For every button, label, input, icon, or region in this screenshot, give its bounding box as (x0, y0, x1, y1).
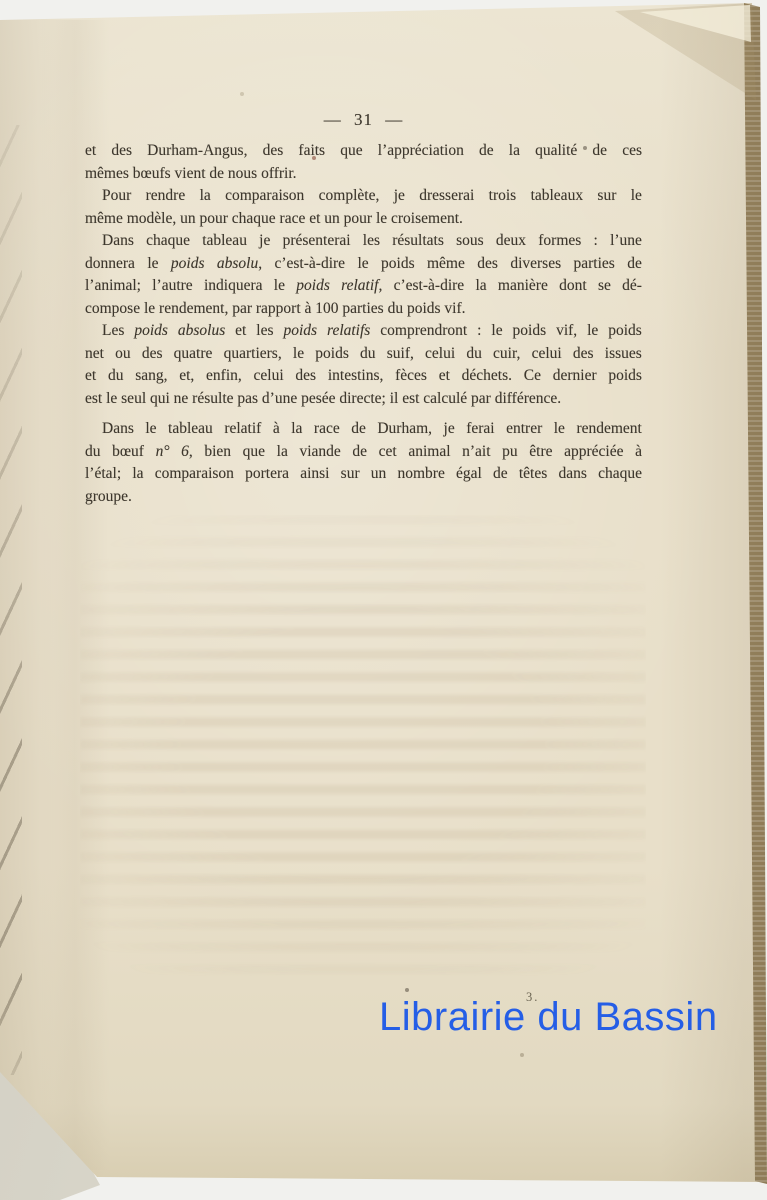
word: du (466, 343, 482, 366)
word: Durham-Angus, (147, 140, 247, 163)
word: à (635, 441, 642, 464)
reverse-side-show-through (80, 515, 646, 985)
word: être (529, 441, 552, 464)
word: l’autre (152, 275, 192, 298)
word: diverses (510, 253, 561, 276)
word: l’une (610, 230, 642, 253)
word: quartiers, (224, 343, 282, 366)
word: de (352, 441, 367, 464)
word: issues (605, 343, 642, 366)
word: ou (115, 343, 131, 366)
word: complète, (319, 185, 380, 208)
word: chaque (146, 230, 190, 253)
word: : (594, 230, 598, 253)
word: de (493, 463, 508, 486)
word: le (357, 253, 368, 276)
text-segment: groupe. (85, 488, 132, 505)
word: dernier (553, 365, 597, 388)
text-line: etdesDurham-Angus,desfaitsquel’appréciat… (85, 140, 642, 163)
word: des (142, 343, 163, 366)
word: des (295, 365, 316, 388)
word: que (243, 441, 265, 464)
text-line: même modèle, un pour chaque race et un p… (85, 208, 642, 231)
paragraph: Lespoidsabsolusetlespoidsrelatifscompren… (85, 320, 642, 410)
word: sous (456, 230, 484, 253)
word: ferai (466, 418, 494, 441)
word: de (627, 253, 642, 276)
word: de (479, 140, 494, 163)
word: poids (608, 365, 642, 388)
word: du (360, 343, 376, 366)
text-segment: mêmes bœufs vient de nous offrir. (85, 165, 297, 182)
watermark-text: Librairie du Bassin (379, 995, 718, 1039)
word: Durham, (377, 418, 432, 441)
word: même (427, 253, 465, 276)
word: l’animal; (85, 275, 141, 298)
word: un (371, 463, 387, 486)
word: poids (296, 275, 330, 298)
word: trois (489, 185, 517, 208)
text-line: compose le rendement, par rapport à 100 … (85, 298, 642, 321)
word: formes (538, 230, 581, 253)
text-line: donneralepoidsabsolu,c’est-à-direlepoids… (85, 253, 642, 276)
word: bœuf (112, 441, 144, 464)
text-line: l’animal;l’autreindiqueralepoidsrelatif,… (85, 275, 642, 298)
word: portera (245, 463, 289, 486)
word: chaque (598, 463, 642, 486)
word: et (439, 365, 450, 388)
word: dans (558, 463, 586, 486)
word: tableau (168, 418, 213, 441)
word: le (274, 275, 285, 298)
text-line: mêmes bœufs vient de nous offrir. (85, 163, 642, 186)
word: ainsi (300, 463, 329, 486)
word: pu (502, 441, 518, 464)
word: : (477, 320, 481, 343)
word: relatif (224, 418, 261, 441)
word: n° (156, 441, 170, 464)
word: les (363, 230, 380, 253)
paragraph: etdesDurham-Angus,desfaitsquel’appréciat… (85, 140, 642, 185)
word: dé- (622, 275, 642, 298)
word: bien (204, 441, 231, 464)
word: le (293, 343, 304, 366)
word: la (509, 140, 520, 163)
paragraph: Pourrendrelacomparaisoncomplète,jedresse… (85, 185, 642, 230)
word: le (145, 418, 156, 441)
word: je (259, 230, 270, 253)
word: et (85, 365, 96, 388)
word: des (477, 253, 498, 276)
word: animal (408, 441, 450, 464)
word: rendre (146, 185, 186, 208)
word: absolu, (217, 253, 262, 276)
word: quatre (174, 343, 213, 366)
word: se (598, 275, 611, 298)
word: le (554, 418, 565, 441)
word: et (85, 140, 96, 163)
word: deux (496, 230, 526, 253)
word: entrer (506, 418, 542, 441)
text-segment: compose le rendement, par rapport à 100 … (85, 300, 466, 317)
word: la (200, 185, 211, 208)
word: la (291, 418, 302, 441)
text-line: etdusang,et,enfin,celuidesintestins,fèce… (85, 365, 642, 388)
word: des (263, 140, 284, 163)
word: l’étal; (85, 463, 121, 486)
word: Dans (102, 418, 134, 441)
word: je (444, 418, 455, 441)
word: la (277, 441, 288, 464)
word: Les (102, 320, 124, 343)
word: comprendront (380, 320, 467, 343)
text-line: netoudesquatrequartiers,lepoidsdusuif,ce… (85, 343, 642, 366)
word: vif, (556, 320, 577, 343)
word: Pour (102, 185, 131, 208)
word: manière (498, 275, 548, 298)
word: têtes (519, 463, 547, 486)
fanned-page-edges (0, 125, 22, 1075)
paragraph: Danschaquetableaujeprésenterailesrésulta… (85, 230, 642, 320)
word: tableaux (531, 185, 584, 208)
word: celui (532, 343, 562, 366)
word: tableau (202, 230, 247, 253)
word: du (108, 365, 124, 388)
text-segment: est le seul qui ne résulte pas d’une pes… (85, 390, 561, 407)
photo-background: — 31 — etdesDurham-Angus,desfaitsquel’ap… (0, 0, 767, 1200)
word: 6, (181, 441, 193, 464)
word: à (273, 418, 280, 441)
text-line: dubœufn°6,bienquelaviandedecetanimaln’ai… (85, 441, 642, 464)
word: égal (456, 463, 482, 486)
word: le (147, 253, 158, 276)
text-block: etdesDurham-Angus,desfaitsquel’appréciat… (85, 140, 642, 508)
word: enfin, (206, 365, 242, 388)
word: cuir, (493, 343, 520, 366)
word: Dans (102, 230, 134, 253)
word: résultats (392, 230, 444, 253)
word: du (85, 441, 101, 464)
word: la (132, 463, 143, 486)
word: n’ait (462, 441, 490, 464)
text-line: Pourrendrelacomparaisoncomplète,jedresse… (85, 185, 642, 208)
word: poids (513, 320, 547, 343)
word: sang, (135, 365, 167, 388)
word: poids (171, 253, 205, 276)
word: qualité (535, 140, 577, 163)
word: nombre (397, 463, 444, 486)
word: race (314, 418, 340, 441)
word: appréciée (564, 441, 623, 464)
word: poids (608, 320, 642, 343)
word: de (351, 418, 366, 441)
word: et (235, 320, 246, 343)
word: la (475, 275, 486, 298)
paper-stain-specks (0, 0, 4, 4)
word: dresserai (419, 185, 474, 208)
word: rendement (576, 418, 641, 441)
word: sur (597, 185, 616, 208)
word: comparaison (225, 185, 304, 208)
word: dont (559, 275, 587, 298)
text-line: est le seul qui ne résulte pas d’une pes… (85, 388, 642, 411)
word: cet (379, 441, 397, 464)
text-line: DansletableaurelatifàlaracedeDurham,jefe… (85, 418, 642, 441)
word: fèces (395, 365, 427, 388)
word: celui (425, 343, 455, 366)
word: déchets. (462, 365, 512, 388)
word: faits (298, 140, 325, 163)
text-segment: même modèle, un pour chaque race et un p… (85, 210, 463, 227)
word: relatifs (327, 320, 370, 343)
word: des (573, 343, 594, 366)
word: présenterai (283, 230, 351, 253)
word: c’est-à-dire (394, 275, 465, 298)
word: viande (299, 441, 340, 464)
word: poids (283, 320, 317, 343)
word: poids (381, 253, 415, 276)
word: le (491, 320, 502, 343)
word: Ce (524, 365, 541, 388)
word: indiquera (204, 275, 263, 298)
word: intestins, (328, 365, 384, 388)
word: sur (341, 463, 360, 486)
word: relatif, (341, 275, 382, 298)
word: que (340, 140, 362, 163)
text-line: l’étal;lacomparaisonporteraainsisurunnom… (85, 463, 642, 486)
word: comparaison (155, 463, 234, 486)
word: des (111, 140, 132, 163)
word: poids (134, 320, 168, 343)
word: absolus (178, 320, 225, 343)
word: net (85, 343, 104, 366)
paragraph: DansletableaurelatifàlaracedeDurham,jefe… (85, 418, 642, 508)
word: le (631, 185, 642, 208)
word: les (256, 320, 273, 343)
word: l’appréciation (378, 140, 464, 163)
word: parties (574, 253, 615, 276)
word: le (587, 320, 598, 343)
word: et, (179, 365, 194, 388)
text-line: Danschaquetableaujeprésenterailesrésulta… (85, 230, 642, 253)
page-number: — 31 — (85, 110, 642, 130)
text-line: groupe. (85, 486, 642, 509)
word: je (394, 185, 405, 208)
word: c’est-à-dire (274, 253, 345, 276)
word: suif, (387, 343, 414, 366)
word: celui (254, 365, 284, 388)
word: donnera (85, 253, 135, 276)
word: poids (315, 343, 349, 366)
text-line: Lespoidsabsolusetlespoidsrelatifscompren… (85, 320, 642, 343)
word: ces (622, 140, 642, 163)
word: de (592, 140, 607, 163)
